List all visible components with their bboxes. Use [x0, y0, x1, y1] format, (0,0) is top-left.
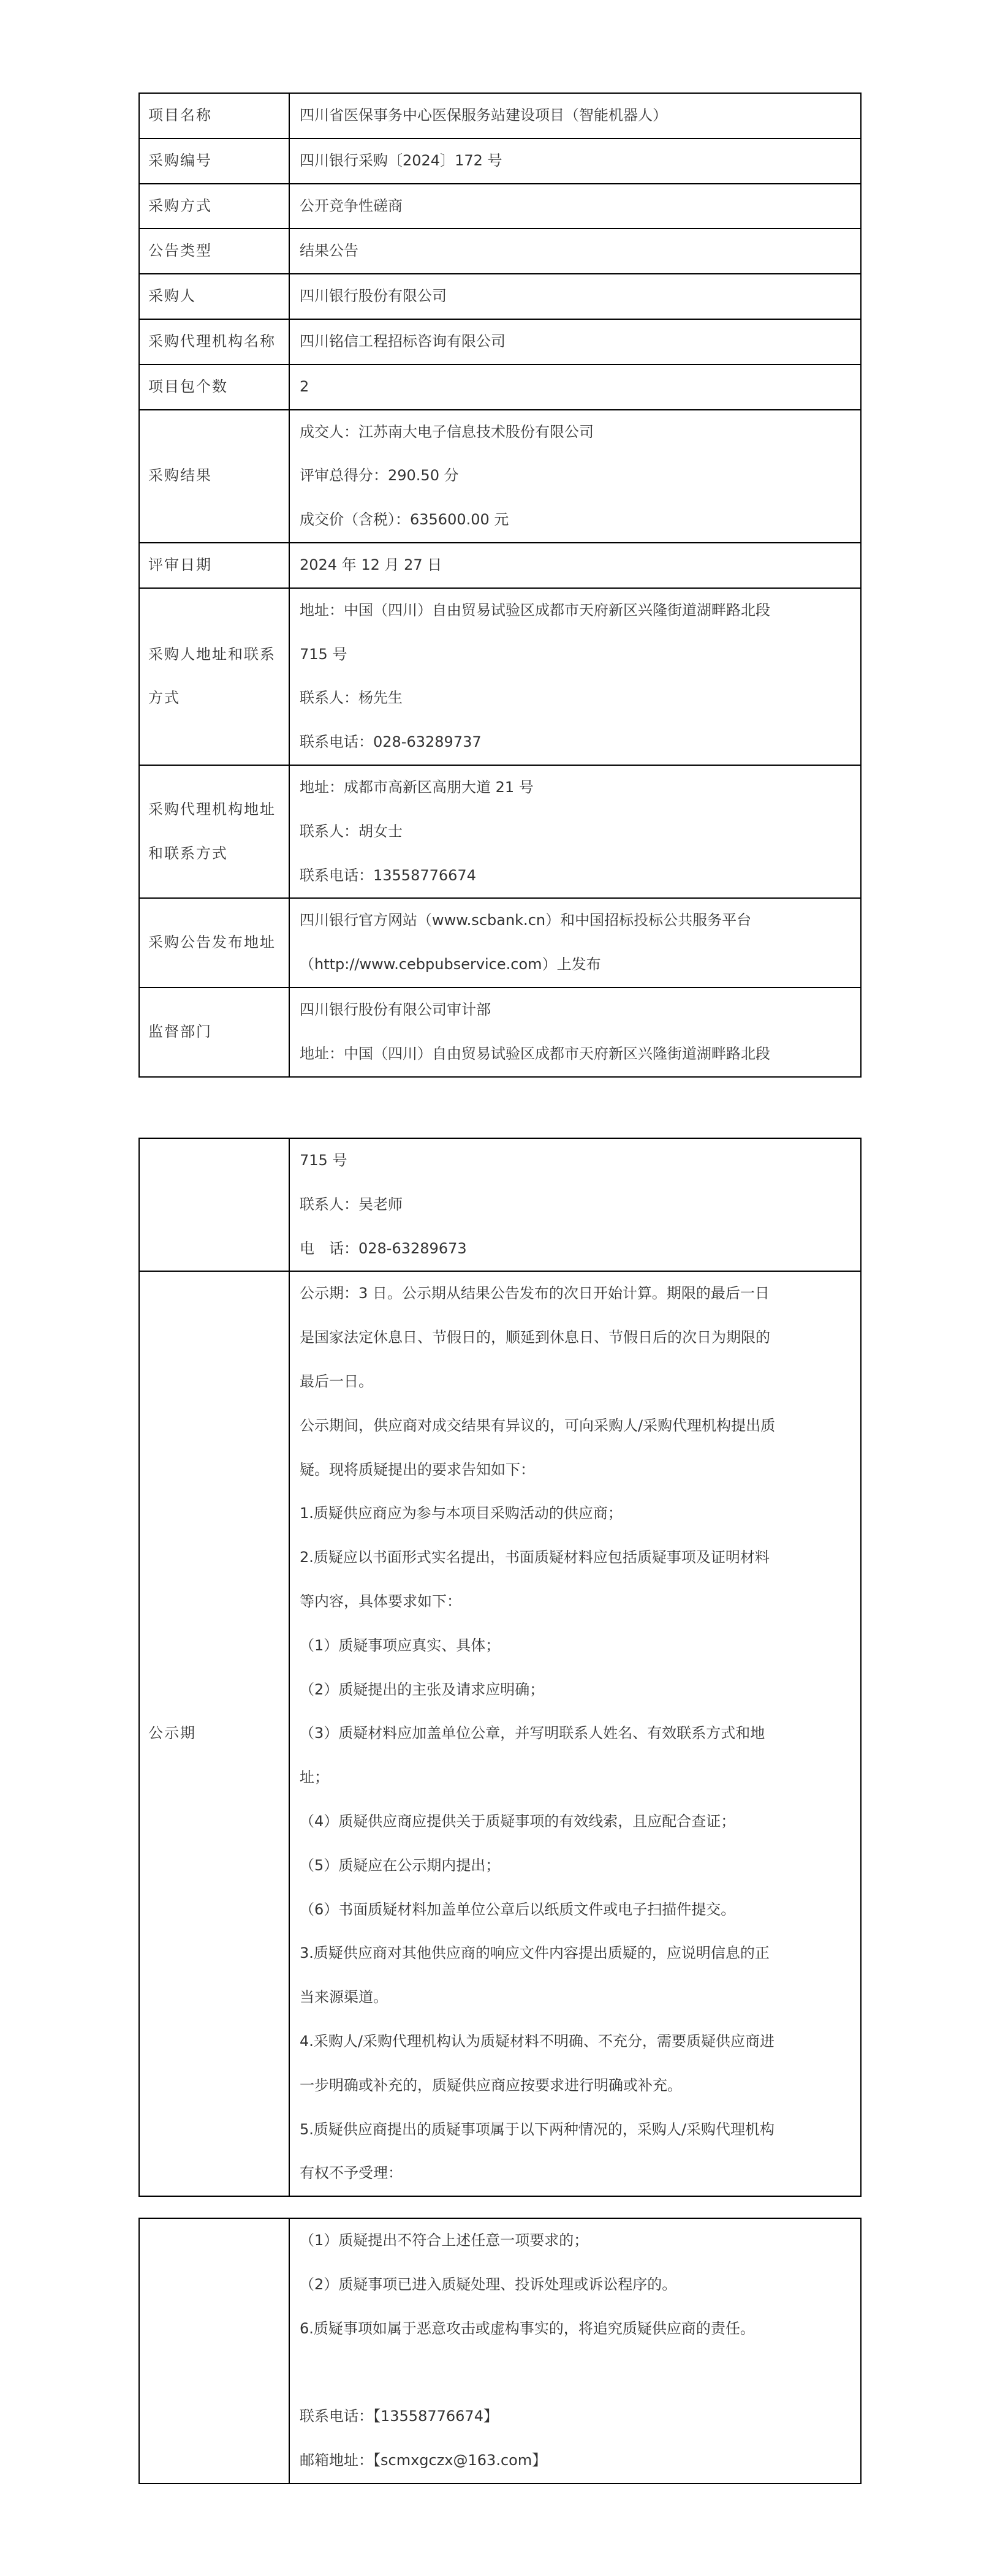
value-line: 2024 年 12 月 27 日 — [300, 543, 852, 587]
table-row: 715 号联系人：吴老师电 话：028-63289673 — [139, 1138, 861, 1271]
row-label: 采购方式 — [148, 184, 287, 229]
row-label: 公告类型 — [148, 229, 287, 273]
row-value-cell: 结果公告 — [289, 229, 861, 274]
table-row: 项目名称四川省医保事务中心医保服务站建设项目（智能机器人） — [139, 93, 861, 138]
value-line: 四川银行采购〔2024〕172 号 — [300, 139, 852, 183]
row-label-cell: 采购结果 — [139, 410, 289, 543]
table-body: （1）质疑提出不符合上述任意一项要求的；（2）质疑事项已进入质疑处理、投诉处理或… — [139, 2218, 861, 2483]
row-value-cell: 公开竞争性磋商 — [289, 184, 861, 229]
row-value-cell: 2024 年 12 月 27 日 — [289, 543, 861, 588]
table-row: 采购方式公开竞争性磋商 — [139, 184, 861, 229]
table-row: 项目包个数2 — [139, 364, 861, 410]
value-line: （1）质疑事项应真实、具体； — [300, 1624, 852, 1668]
value-line: 1.质疑供应商应为参与本项目采购活动的供应商； — [300, 1492, 852, 1536]
row-label: 采购公告发布地址 — [148, 921, 287, 965]
value-line: 有权不予受理： — [300, 2151, 852, 2196]
row-label-cell: 公告类型 — [139, 229, 289, 274]
value-line: （2）质疑提出的主张及请求应明确； — [300, 1668, 852, 1712]
row-value-cell: 四川铭信工程招标咨询有限公司 — [289, 319, 861, 364]
value-line: （2）质疑事项已进入质疑处理、投诉处理或诉讼程序的。 — [300, 2263, 852, 2307]
value-line: 邮箱地址：【scmxgczx@163.com】 — [300, 2439, 852, 2483]
value-line: 成交价（含税）：635600.00 元 — [300, 498, 852, 542]
row-label-cell: 采购代理机构名称 — [139, 319, 289, 364]
value-line: 等内容，具体要求如下： — [300, 1580, 852, 1624]
row-label: 采购编号 — [148, 139, 287, 183]
row-value-cell: 四川银行股份有限公司 — [289, 274, 861, 319]
blank-line — [300, 2351, 852, 2395]
value-line: 联系电话：028-63289737 — [300, 720, 852, 765]
value-line: 4.采购人/采购代理机构认为质疑材料不明确、不充分，需要质疑供应商进 — [300, 2020, 852, 2064]
table-row: 公示期公示期：3 日。公示期从结果公告发布的次日开始计算。期限的最后一日是国家法… — [139, 1271, 861, 2196]
value-line: 2.质疑应以书面形式实名提出，书面质疑材料应包括质疑事项及证明材料 — [300, 1536, 852, 1580]
row-value-cell: 公示期：3 日。公示期从结果公告发布的次日开始计算。期限的最后一日是国家法定休息… — [289, 1271, 861, 2196]
value-line: 联系电话：13558776674 — [300, 854, 852, 898]
row-label-cell: 项目名称 — [139, 93, 289, 138]
row-label-cell: 采购公告发布地址 — [139, 898, 289, 988]
value-line: 四川银行官方网站（www.scbank.cn）和中国招标投标公共服务平台 — [300, 899, 852, 943]
row-value-cell: 四川银行股份有限公司审计部地址：中国（四川）自由贸易试验区成都市天府新区兴隆街道… — [289, 988, 861, 1077]
table-row: 采购人四川银行股份有限公司 — [139, 274, 861, 319]
table-row: 采购公告发布地址四川银行官方网站（www.scbank.cn）和中国招标投标公共… — [139, 898, 861, 988]
row-label-cell: 采购人 — [139, 274, 289, 319]
row-label-cell — [139, 2218, 289, 2483]
value-line: （http://www.cebpubservice.com）上发布 — [300, 943, 852, 987]
value-line: 715 号 — [300, 633, 852, 677]
value-line: 成交人：江苏南大电子信息技术股份有限公司 — [300, 410, 852, 455]
row-label: 项目包个数 — [148, 365, 287, 409]
value-line: 疑。现将质疑提出的要求告知如下： — [300, 1448, 852, 1492]
row-value-cell: 2 — [289, 364, 861, 410]
value-line: 结果公告 — [300, 229, 852, 273]
announcement-table-part-3: （1）质疑提出不符合上述任意一项要求的；（2）质疑事项已进入质疑处理、投诉处理或… — [138, 2218, 862, 2484]
row-label-cell: 项目包个数 — [139, 364, 289, 410]
table-row: 采购代理机构名称四川铭信工程招标咨询有限公司 — [139, 319, 861, 364]
row-value-cell: 四川银行官方网站（www.scbank.cn）和中国招标投标公共服务平台（htt… — [289, 898, 861, 988]
row-label-cell: 采购人地址和联系方式 — [139, 588, 289, 765]
value-line: （3）质疑材料应加盖单位公章，并写明联系人姓名、有效联系方式和地 — [300, 1712, 852, 1756]
table-row: 采购编号四川银行采购〔2024〕172 号 — [139, 138, 861, 184]
value-line: 四川银行股份有限公司 — [300, 274, 852, 319]
value-line: 是国家法定休息日、节假日的，顺延到休息日、节假日后的次日为期限的 — [300, 1316, 852, 1360]
announcement-table-part-2: 715 号联系人：吴老师电 话：028-63289673公示期公示期：3 日。公… — [138, 1138, 862, 2197]
row-label: 采购人地址和联系方式 — [148, 633, 287, 721]
value-line: 6.质疑事项如属于恶意攻击或虚构事实的，将追究质疑供应商的责任。 — [300, 2307, 852, 2351]
table-row: 采购结果成交人：江苏南大电子信息技术股份有限公司评审总得分：290.50 分成交… — [139, 410, 861, 543]
value-line: 地址：中国（四川）自由贸易试验区成都市天府新区兴隆街道湖畔路北段 — [300, 1032, 852, 1076]
value-line: 址； — [300, 1756, 852, 1800]
value-line: 一步明确或补充的，质疑供应商应按要求进行明确或补充。 — [300, 2064, 852, 2108]
value-line: 公示期：3 日。公示期从结果公告发布的次日开始计算。期限的最后一日 — [300, 1272, 852, 1316]
row-value-cell: 715 号联系人：吴老师电 话：028-63289673 — [289, 1138, 861, 1271]
value-line: 当来源渠道。 — [300, 1976, 852, 2020]
row-label: 采购人 — [148, 274, 287, 319]
announcement-table-part-1: 项目名称四川省医保事务中心医保服务站建设项目（智能机器人）采购编号四川银行采购〔… — [138, 93, 862, 1078]
value-line: 联系人：吴老师 — [300, 1183, 852, 1227]
table-row: 采购代理机构地址和联系方式地址：成都市高新区高朋大道 21 号联系人：胡女士联系… — [139, 765, 861, 898]
table-body: 项目名称四川省医保事务中心医保服务站建设项目（智能机器人）采购编号四川银行采购〔… — [139, 93, 861, 1077]
value-line: 公示期间，供应商对成交结果有异议的，可向采购人/采购代理机构提出质 — [300, 1404, 852, 1448]
row-label-cell: 评审日期 — [139, 543, 289, 588]
value-line: 2 — [300, 365, 852, 409]
table-row: 评审日期2024 年 12 月 27 日 — [139, 543, 861, 588]
value-line: 评审总得分：290.50 分 — [300, 454, 852, 498]
row-label: 公示期 — [148, 1712, 287, 1756]
row-value-cell: 四川银行采购〔2024〕172 号 — [289, 138, 861, 184]
row-value-cell: 四川省医保事务中心医保服务站建设项目（智能机器人） — [289, 93, 861, 138]
row-label-cell — [139, 1138, 289, 1271]
row-label-cell: 采购编号 — [139, 138, 289, 184]
value-line: 3.质疑供应商对其他供应商的响应文件内容提出质疑的，应说明信息的正 — [300, 1932, 852, 1976]
row-label: 采购代理机构地址和联系方式 — [148, 788, 287, 876]
row-value-cell: 地址：中国（四川）自由贸易试验区成都市天府新区兴隆街道湖畔路北段715 号联系人… — [289, 588, 861, 765]
value-line: 联系人：杨先生 — [300, 676, 852, 720]
value-line: 电 话：028-63289673 — [300, 1227, 852, 1271]
value-line: 联系人：胡女士 — [300, 810, 852, 854]
value-line: 四川省医保事务中心医保服务站建设项目（智能机器人） — [300, 94, 852, 138]
row-label-cell: 采购代理机构地址和联系方式 — [139, 765, 289, 898]
value-line: 联系电话：【13558776674】 — [300, 2395, 852, 2439]
value-line: 地址：成都市高新区高朋大道 21 号 — [300, 766, 852, 810]
value-line: （1）质疑提出不符合上述任意一项要求的； — [300, 2219, 852, 2263]
table-body: 715 号联系人：吴老师电 话：028-63289673公示期公示期：3 日。公… — [139, 1138, 861, 2196]
table-row: （1）质疑提出不符合上述任意一项要求的；（2）质疑事项已进入质疑处理、投诉处理或… — [139, 2218, 861, 2483]
row-label-cell: 采购方式 — [139, 184, 289, 229]
table-row: 公告类型结果公告 — [139, 229, 861, 274]
value-line: （4）质疑供应商应提供关于质疑事项的有效线索，且应配合查证； — [300, 1800, 852, 1844]
table-row: 监督部门四川银行股份有限公司审计部地址：中国（四川）自由贸易试验区成都市天府新区… — [139, 988, 861, 1077]
row-label: 采购代理机构名称 — [148, 320, 287, 364]
value-line: 四川铭信工程招标咨询有限公司 — [300, 320, 852, 364]
value-line: 四川银行股份有限公司审计部 — [300, 988, 852, 1032]
row-value-cell: （1）质疑提出不符合上述任意一项要求的；（2）质疑事项已进入质疑处理、投诉处理或… — [289, 2218, 861, 2483]
row-value-cell: 地址：成都市高新区高朋大道 21 号联系人：胡女士联系电话：1355877667… — [289, 765, 861, 898]
value-line: 公开竞争性磋商 — [300, 184, 852, 229]
value-line: （6）书面质疑材料加盖单位公章后以纸质文件或电子扫描件提交。 — [300, 1888, 852, 1932]
row-value-cell: 成交人：江苏南大电子信息技术股份有限公司评审总得分：290.50 分成交价（含税… — [289, 410, 861, 543]
row-label: 采购结果 — [148, 454, 287, 498]
value-line: （5）质疑应在公示期内提出； — [300, 1844, 852, 1888]
row-label-cell: 监督部门 — [139, 988, 289, 1077]
value-line: 715 号 — [300, 1139, 852, 1183]
row-label: 评审日期 — [148, 543, 287, 587]
table-row: 采购人地址和联系方式地址：中国（四川）自由贸易试验区成都市天府新区兴隆街道湖畔路… — [139, 588, 861, 765]
value-line: 地址：中国（四川）自由贸易试验区成都市天府新区兴隆街道湖畔路北段 — [300, 589, 852, 633]
row-label: 项目名称 — [148, 94, 287, 138]
row-label: 监督部门 — [148, 1010, 287, 1054]
value-line: 最后一日。 — [300, 1360, 852, 1404]
value-line: 5.质疑供应商提出的质疑事项属于以下两种情况的，采购人/采购代理机构 — [300, 2108, 852, 2152]
row-label-cell: 公示期 — [139, 1271, 289, 2196]
